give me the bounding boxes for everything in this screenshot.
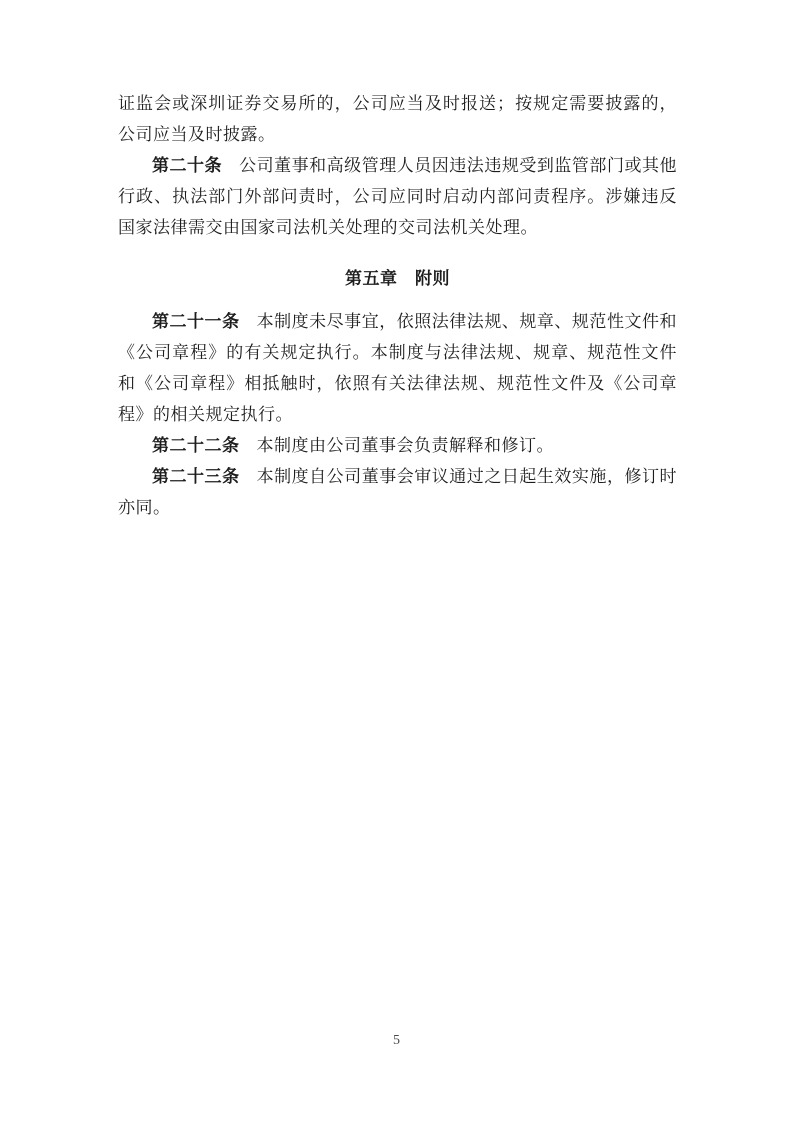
- article-20-label: 第二十条: [152, 156, 222, 175]
- article-22-text: 本制度由公司董事会负责解释和修订。: [257, 436, 555, 455]
- paragraph-article-20: 第二十条公司董事和高级管理人员因违法违规受到监管部门或其他行政、执法部门外部问责…: [118, 150, 677, 243]
- paragraph-article-21: 第二十一条本制度未尽事宜，依照法律法规、规章、规范性文件和《公司章程》的有关规定…: [118, 306, 677, 430]
- article-21-label: 第二十一条: [152, 312, 240, 331]
- paragraph-continuation: 证监会或深圳证券交易所的，公司应当及时报送；按规定需要披露的，公司应当及时披露。: [118, 88, 677, 150]
- page-number: 5: [0, 1031, 793, 1051]
- paragraph-continuation-text: 证监会或深圳证券交易所的，公司应当及时报送；按规定需要披露的，公司应当及时披露。: [118, 94, 677, 144]
- article-22-label: 第二十二条: [152, 436, 240, 455]
- document-page: 证监会或深圳证券交易所的，公司应当及时报送；按规定需要披露的，公司应当及时披露。…: [0, 0, 793, 1122]
- article-23-label: 第二十三条: [152, 467, 240, 486]
- chapter-5-heading: 第五章 附则: [118, 263, 677, 294]
- document-body: 证监会或深圳证券交易所的，公司应当及时报送；按规定需要披露的，公司应当及时披露。…: [118, 88, 677, 523]
- paragraph-article-22: 第二十二条本制度由公司董事会负责解释和修订。: [118, 430, 677, 461]
- paragraph-article-23: 第二十三条本制度自公司董事会审议通过之日起生效实施，修订时亦同。: [118, 461, 677, 523]
